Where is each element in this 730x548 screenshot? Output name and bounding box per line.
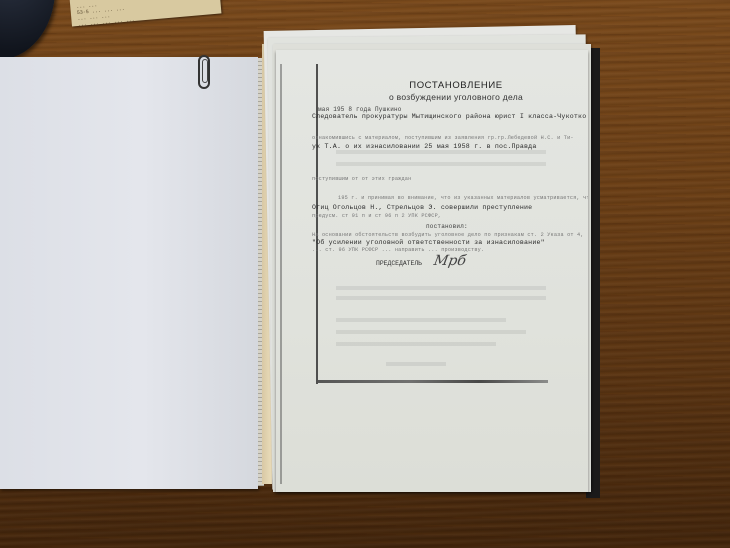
reviewed-line-2: ук Т.А. о их изнасиловании 25 мая 1958 г…	[312, 143, 536, 150]
show-through-text	[336, 150, 546, 154]
resolved-line: постановил:	[426, 223, 468, 230]
dark-record-disc	[0, 0, 55, 60]
handwritten-signature: Мрб	[433, 253, 468, 269]
accused-line: Огиц Огольцов Н., Стрельцов Э. совершили…	[312, 204, 532, 211]
show-through-text	[336, 318, 506, 322]
reviewed-line: ознакомившись с материалом, поступившим …	[312, 135, 574, 141]
paperclip-icon	[198, 55, 210, 89]
show-through-text	[336, 286, 546, 290]
margin-rule	[280, 64, 282, 484]
decree-line: "Об усилении уголовной ответственности з…	[312, 239, 545, 246]
document-title: ПОСТАНОВЛЕНИЕ	[366, 80, 546, 91]
bottom-rule	[318, 380, 548, 383]
signature-label: ПРЕДСЕДАТЕЛЬ	[376, 260, 422, 267]
desk-scene: ... ... 53-5 ... ... ... ... ... ... ...…	[0, 0, 730, 548]
article-line: предусм. ст 91 п и ст 96 п 2 УПК РСФСР,	[312, 213, 441, 219]
found-line: 195 г. и принимая во внимание, что из ук…	[338, 195, 588, 201]
resolution-document: ПОСТАНОВЛЕНИЕ о возбуждении уголовного д…	[276, 50, 588, 492]
received-line: поступившим от от этих граждан	[312, 176, 411, 182]
newspaper-clipping: ... ... 53-5 ... ... ... ... ... ... ...…	[69, 0, 222, 26]
show-through-text	[336, 162, 546, 166]
show-through-text	[386, 362, 446, 366]
show-through-text	[336, 342, 496, 346]
show-through-text	[336, 296, 546, 300]
date-line: мая 195 8 года Пушкино	[318, 106, 402, 113]
decision-line: На основании обстоятельств возбудить уго…	[312, 232, 584, 238]
author-line: Следователь прокуратуры Мытищинского рай…	[312, 113, 586, 120]
document-subtitle: о возбуждении уголовного дела	[356, 92, 556, 102]
left-blank-page	[0, 57, 258, 489]
show-through-text	[336, 330, 526, 334]
